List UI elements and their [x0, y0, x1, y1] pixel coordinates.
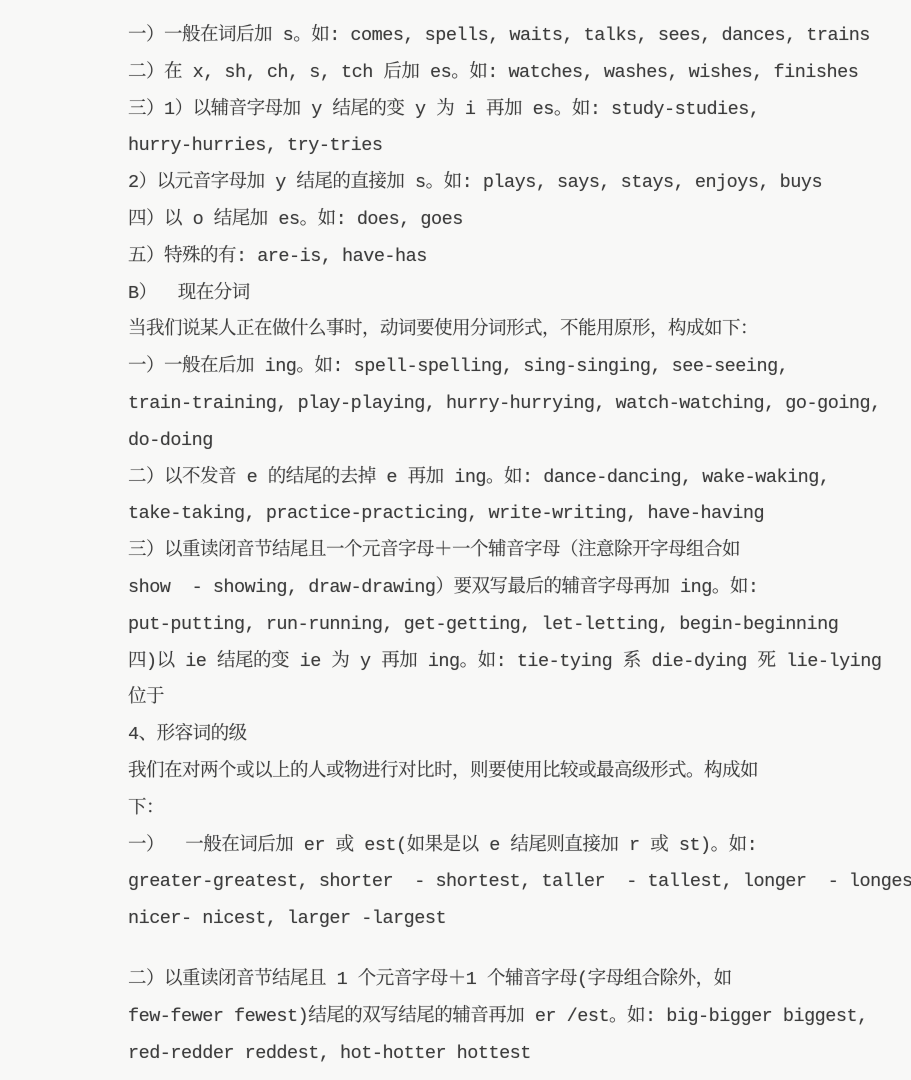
text-line: show - showing, draw-drawing）要双写最后的辅音字母再…	[128, 570, 818, 607]
text-line: 4、形容词的级	[128, 717, 818, 754]
text-line: red-redder reddest, hot-hotter hottest	[128, 1036, 818, 1073]
text-line: 我们在对两个或以上的人或物进行对比时，则要使用比较或最高级形式。构成如	[128, 754, 818, 791]
paragraph-block-adjective-double-consonant-rule: 二）以重读闭音节结尾且 1 个元音字母＋1 个辅音字母(字母组合除外，如few-…	[128, 962, 818, 1072]
text-line: B） 现在分词	[128, 276, 818, 313]
text-line: nicer- nicest, larger -largest	[128, 901, 818, 938]
text-line: 三）以重读闭音节结尾且一个元音字母＋一个辅音字母（注意除开字母组合如	[128, 533, 818, 570]
text-line: 下：	[128, 791, 818, 828]
text-line: 二）以不发音 e 的结尾的去掉 e 再加 ing。如: dance-dancin…	[128, 460, 818, 497]
text-line: 四)以 ie 结尾的变 ie 为 y 再加 ing。如: tie-tying 系…	[128, 644, 818, 681]
text-line: hurry-hurries, try-tries	[128, 128, 818, 165]
text-line: 当我们说某人正在做什么事时，动词要使用分词形式，不能用原形，构成如下：	[128, 312, 818, 349]
text-line: greater-greatest, shorter - shortest, ta…	[128, 864, 818, 901]
text-line: 一）一般在词后加 s。如: comes, spells, waits, talk…	[128, 18, 818, 55]
text-line: 四）以 o 结尾加 es。如: does, goes	[128, 202, 818, 239]
text-line: put-putting, run-running, get-getting, l…	[128, 607, 818, 644]
text-line: do-doing	[128, 423, 818, 460]
text-line: 一） 一般在词后加 er 或 est(如果是以 e 结尾则直接加 r 或 st)…	[128, 828, 818, 865]
text-line: 二）以重读闭音节结尾且 1 个元音字母＋1 个辅音字母(字母组合除外，如	[128, 962, 818, 999]
text-line: 二）在 x, sh, ch, s, tch 后加 es。如: watches, …	[128, 55, 818, 92]
paragraph-block-verb-forms-rules: 一）一般在词后加 s。如: comes, spells, waits, talk…	[128, 18, 818, 938]
text-line: 2）以元音字母加 y 结尾的直接加 s。如: plays, says, stay…	[128, 165, 818, 202]
document-content: 一）一般在词后加 s。如: comes, spells, waits, talk…	[128, 18, 818, 1072]
text-line: take-taking, practice-practicing, write-…	[128, 496, 818, 533]
text-line: 一）一般在后加 ing。如: spell-spelling, sing-sing…	[128, 349, 818, 386]
text-line: few-fewer fewest)结尾的双写结尾的辅音再加 er /est。如:…	[128, 999, 818, 1036]
text-line: train-training, play-playing, hurry-hurr…	[128, 386, 818, 423]
text-line: 三）1）以辅音字母加 y 结尾的变 y 为 i 再加 es。如: study-s…	[128, 92, 818, 129]
document-page: 一）一般在词后加 s。如: comes, spells, waits, talk…	[0, 0, 911, 1080]
text-line: 五）特殊的有: are-is, have-has	[128, 239, 818, 276]
text-line: 位于	[128, 680, 818, 717]
